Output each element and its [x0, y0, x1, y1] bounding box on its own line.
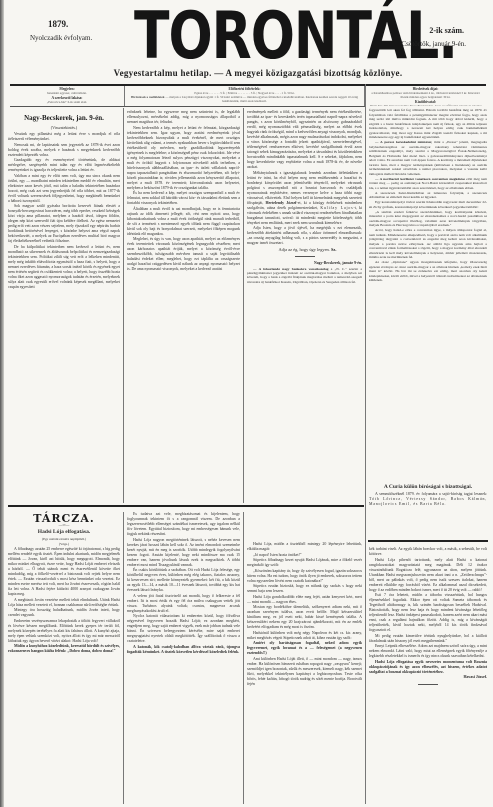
news-lead: — A novibazári kerületet vonatkozó conve…: [375, 177, 465, 181]
paragraph: Nyolcz katonát választottam ki embereim …: [127, 614, 240, 644]
paragraph: A katonák, kik csatolj-kalodban álltva v…: [127, 645, 240, 655]
feuilleton-label: TÁRCZA.: [8, 516, 120, 521]
paragraph: Sok magyar szülő gyászba borította keser…: [8, 204, 120, 244]
volume: Nyolczadik évfolyam.: [30, 34, 92, 42]
news-text: mint a „Presse" jelenti, megtagadta bely…: [369, 140, 487, 176]
paragraph: Arról, hogy halad-e előre e convention ü…: [369, 228, 487, 260]
paragraph: A megbizott Jován vezetése mellett tehát…: [8, 598, 120, 608]
paragraph: És ha nem kedvező a kép, melyet országos…: [127, 191, 240, 206]
paragraph: Adja Isten, hogy a jövő újévél, ha megér…: [247, 226, 362, 246]
news-lead: — A feloszlandó nagy bankokra vonatkozól…: [253, 267, 328, 271]
editorial-heading: Nagy-Becskerek, jan. 9-én.: [8, 114, 120, 123]
paragraph: Én csakis körülöttünk a szobában. Ott vo…: [127, 568, 240, 593]
paragraph: Hadsiónál különben volt még négy Napoleo…: [247, 631, 362, 641]
issue-number: 2-ik szám.: [429, 26, 464, 35]
column-separator: [243, 512, 244, 804]
info-text: Pleitz Fer. Pál könyvnyomdája Nagy-Becsk…: [370, 104, 482, 106]
feuilleton-rule: [368, 540, 488, 542]
ads-text: — melyek a Lloydtári dijakkal együtt 1 f…: [165, 95, 358, 103]
paragraph: A velem jött fiatal tisztviselő azt mond…: [127, 594, 240, 614]
news-lead: — A porosz kereskedelmi miniszter,: [375, 140, 432, 144]
paragraph: Vessünk egy pillantást még a letünt évre…: [8, 132, 120, 142]
paragraph: Hadsi Lója pihenőt tartottunk, mely alat…: [369, 558, 487, 593]
paragraph: Nem kedvezőbb a kép, melyet a letünt év …: [127, 126, 240, 191]
paragraph: „A szultán eredeti felkérve szerződésünk…: [369, 210, 487, 228]
infobar-rule: [10, 106, 365, 107]
paragraph: Mintegy öra hosszáig haladhattunk, midőn…: [8, 608, 120, 618]
editorial-subheading: (Visszatekintés.): [8, 125, 120, 130]
info-text: a háromhasábos petitsor után hirdetésenk…: [371, 91, 479, 99]
paragraph: „Köszönöm kapitány úr, hogy ily szivélye…: [247, 569, 362, 584]
info-publication: Megjelen: hetenkint egyszer, csütörtökön…: [10, 86, 125, 106]
ornament: —∞—: [8, 522, 120, 527]
paragraph: A szerencsés Kelet-Ruméliában az ismeret…: [369, 191, 487, 200]
feuilleton-column-1: TÁRCZA. —∞— Hadsi Lója elfogatása. (Egy …: [8, 510, 120, 805]
paragraph: „Jó napot! Isten hozta önöket!": [247, 553, 362, 558]
paragraph: Valóban a mint egy év előtt nem volt, úg…: [8, 174, 120, 204]
newspaper-title: TORONTÁL.: [134, 4, 374, 69]
paragraph: Esti 7 óra lehetett, midőn a táborba vis…: [369, 593, 487, 633]
paragraph-text: Méltánytalanok s igazságtalanok lennénk …: [247, 171, 362, 205]
info-subscription: Előfizetési föltételek: Egész évre . . .…: [125, 86, 365, 106]
editorial-column-1: Nagy-Becskerek, jan. 9-én. (Visszatekint…: [8, 112, 120, 502]
name-highlight: Kulifay Lajos: [320, 206, 353, 210]
paragraph: Hadsi Lója nagyon megtörténtnek látszott…: [127, 538, 240, 568]
curia-members: Tóth Lőrincz, Vértessy Sándor, Babos Kál…: [369, 497, 487, 506]
paragraph: Stipetics ezután biztosítá, hogy ez nálu…: [247, 584, 362, 594]
feuilleton-column-3: Hadsi Lója, midőn a tisztekből mintegy 2…: [247, 542, 362, 805]
paragraph: Ennyi Leipnik elbeszélése. Adom azt majd…: [369, 644, 487, 659]
paragraph: A főhadnagy azután 25 emberre egészíté k…: [8, 547, 120, 597]
paragraph: Meglehet, és úgy is van, hogy azon apath…: [127, 237, 240, 272]
end-divider: [418, 684, 438, 685]
column-separator: [243, 108, 244, 503]
paragraph: Nemcsak mi, de laptársaink sem jegyezték…: [8, 143, 120, 158]
news-column: fogyasztóbb lett akan fel fog állíttatni…: [369, 108, 487, 483]
section-divider: [295, 256, 315, 257]
column-separator: [123, 512, 124, 804]
column-separator: [365, 84, 366, 804]
closing-line: Adja az ég, hogy úgy legyen.: [279, 247, 330, 252]
paragraph: Hadsi Lója, midőn a tisztekből mintegy 2…: [247, 542, 362, 552]
column-separator: [123, 108, 124, 503]
paragraph: De ha külpolitikai tekintetben nem kedve…: [8, 245, 120, 290]
editorial-column-3: eredmények mellett a föld, a gazdasági t…: [247, 110, 362, 502]
feuilleton-column-4: kék turbánt viselt. Az egyik lábán boeck…: [369, 547, 487, 805]
info-text: „Petrovics-ház" 6-ik szám alatt.: [47, 100, 87, 104]
issue-date: Csötörtök, január 9-én.: [401, 40, 466, 48]
paragraph: eredmények mellett a föld, a gazdasági t…: [247, 110, 362, 170]
paragraph: Stipetics főhadnagy kezet nyujtá Hadsi L…: [247, 558, 362, 568]
paragraph: Mostan egy bordéköhre ülemeltük, szőkeny…: [247, 605, 362, 630]
curia-section: A Curia külön bíróságai s bizottságai. A…: [369, 483, 487, 543]
paragraph: Általában a mult évről is azt mondhatjuk…: [127, 207, 240, 237]
feuilleton-title: Hadsi Lója elfogatása.: [8, 530, 120, 535]
paragraph: Hadsi Lója gondolkodóbb eléte meg fejét,…: [247, 595, 362, 605]
paragraph: Gazdagabb egy év eseményeivel történetün…: [8, 158, 120, 173]
paragraph: Hadsi Lója elfogatása egyik nevezetes mo…: [369, 660, 487, 675]
year: 1879.: [48, 19, 68, 29]
info-text: hetenkint egyszer, csütörtökön.: [47, 91, 87, 95]
paragraph: kék turbánt viselt. Az egyik lábán boeck…: [369, 547, 487, 557]
paragraph: erőnknek lehetne, ha egyszerre meg nem s…: [127, 110, 240, 125]
paragraph: Ami különben Hadsi Lóját illeti, ő — min…: [247, 657, 362, 687]
paragraph: Midőn a kunyhóhoz közeledtünk, keresztül…: [8, 644, 120, 654]
paragraph: Amiért oly barátságosan fogadtál, neked …: [247, 641, 362, 656]
subtitle: Vegyestartalmu hetilap. — A megyei közig…: [68, 68, 448, 78]
feuilleton-rule: [8, 505, 364, 507]
editorial-column-2: erőnknek lehetne, ha egyszerre meg nem s…: [127, 110, 240, 502]
masthead: 1879. Nyolczadik évfolyam. TORONTÁL. 2-i…: [8, 0, 488, 84]
author-signature: Havasi József.: [369, 675, 487, 680]
news-dateline: Nagy-Becskerek, január 9-én.: [247, 261, 362, 266]
name-highlight: Hertelendy József: [266, 201, 297, 205]
ads-label: Hirdetések a mellékletek: [131, 95, 165, 99]
binding-edge: [0, 0, 4, 807]
newspaper-page: 1879. Nyolczadik évfolyam. TORONTÁL. 2-i…: [0, 0, 493, 807]
paragraph: Az olasz „Opinione" ugyan mozgalmasnak k…: [369, 260, 487, 283]
paragraph: fogyasztóbb lett akan fel fog állíttatni…: [369, 108, 487, 140]
info-ad-rates: Hirdetések dijai: a háromhasábos petitso…: [365, 86, 486, 106]
feuilleton-column-2: És tudatva azt vele, megbízatásomat és k…: [127, 512, 240, 805]
paragraph: Egy konstantinápolyi távirat szerint Kha…: [369, 200, 487, 209]
paragraph: És tudatva azt vele, megbízatásomat és k…: [127, 512, 240, 537]
paragraph: Mi pedig ezután kimerülve tértünk nyughe…: [369, 634, 487, 644]
subscription-infobar: Megjelen: hetenkint egyszer, csütörtökön…: [10, 86, 486, 106]
curia-text: A semmítőszéknél 1879. év folyamára a sa…: [375, 492, 487, 496]
author-initials: Sz.: [331, 247, 337, 252]
paragraph: Embereim vezényszavamra lekapdosták a tö…: [8, 619, 120, 644]
curia-heading: A Curia külön bíróságai s bizottságai.: [369, 485, 487, 490]
